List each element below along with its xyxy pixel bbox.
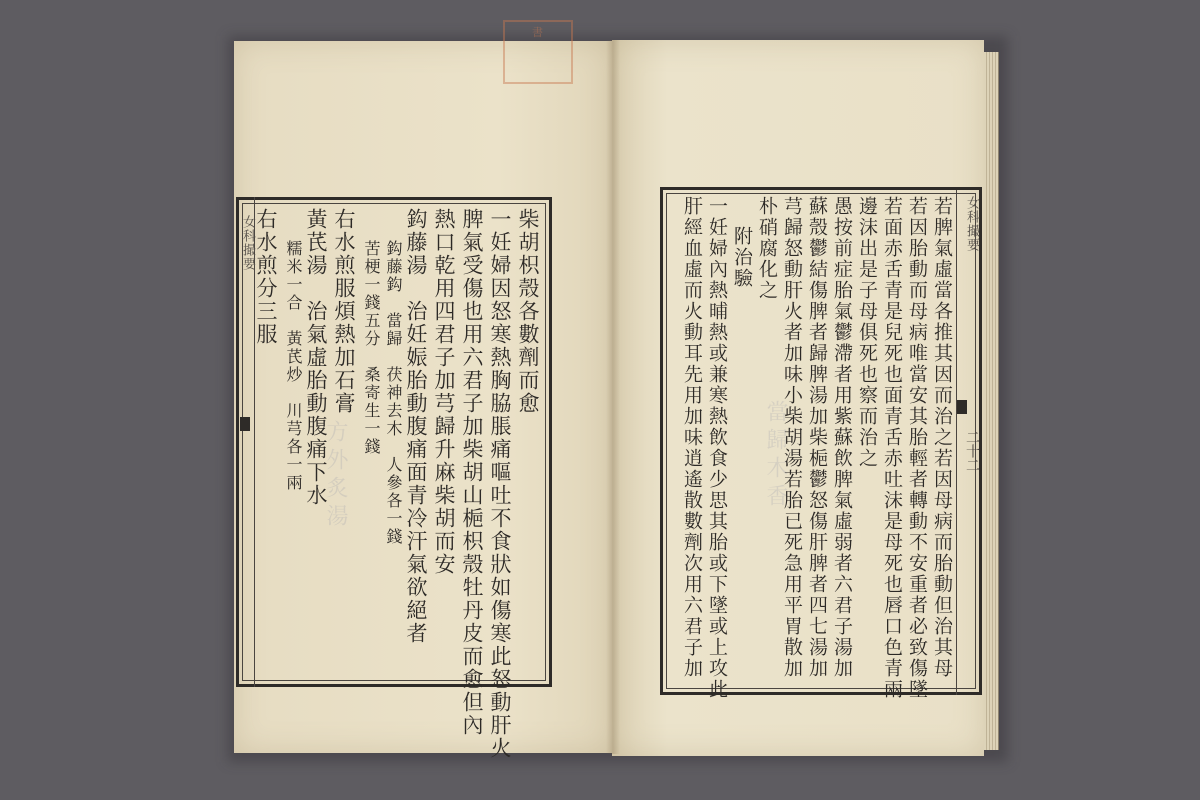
book-gutter — [606, 40, 620, 754]
folio-number: 二十二 — [962, 430, 982, 472]
fish-tail-mark — [957, 400, 967, 414]
page-edges — [984, 52, 999, 750]
right-text-columns: 若脾氣虛當各推其因而治之若因母病而胎動但治其母 若因胎動而母病唯當安其胎輕者轉動… — [676, 196, 956, 686]
fish-tail-mark — [240, 417, 250, 431]
left-text-columns: 柴胡枳殼各數劑而愈 一妊婦因怒寒熱胸脇脹痛嘔吐不食狀如傷寒此怒動肝火 脾氣受傷也… — [262, 208, 544, 678]
stamp-text: 書 — [505, 24, 571, 40]
text-column: 柴胡枳殼各數劑而愈 — [516, 208, 544, 678]
text-column: 若脾氣虛當各推其因而治之若因母病而胎動但治其母 — [931, 196, 956, 686]
library-stamp: 書 — [503, 20, 573, 84]
text-column: 右水煎分三服 — [254, 208, 282, 678]
right-margin-title: 女科撮要 — [962, 196, 981, 252]
text-column: 苦梗一錢五分 桑寄生一錢 — [360, 208, 382, 678]
text-column: 右水煎服煩熱加石膏 — [332, 208, 360, 678]
